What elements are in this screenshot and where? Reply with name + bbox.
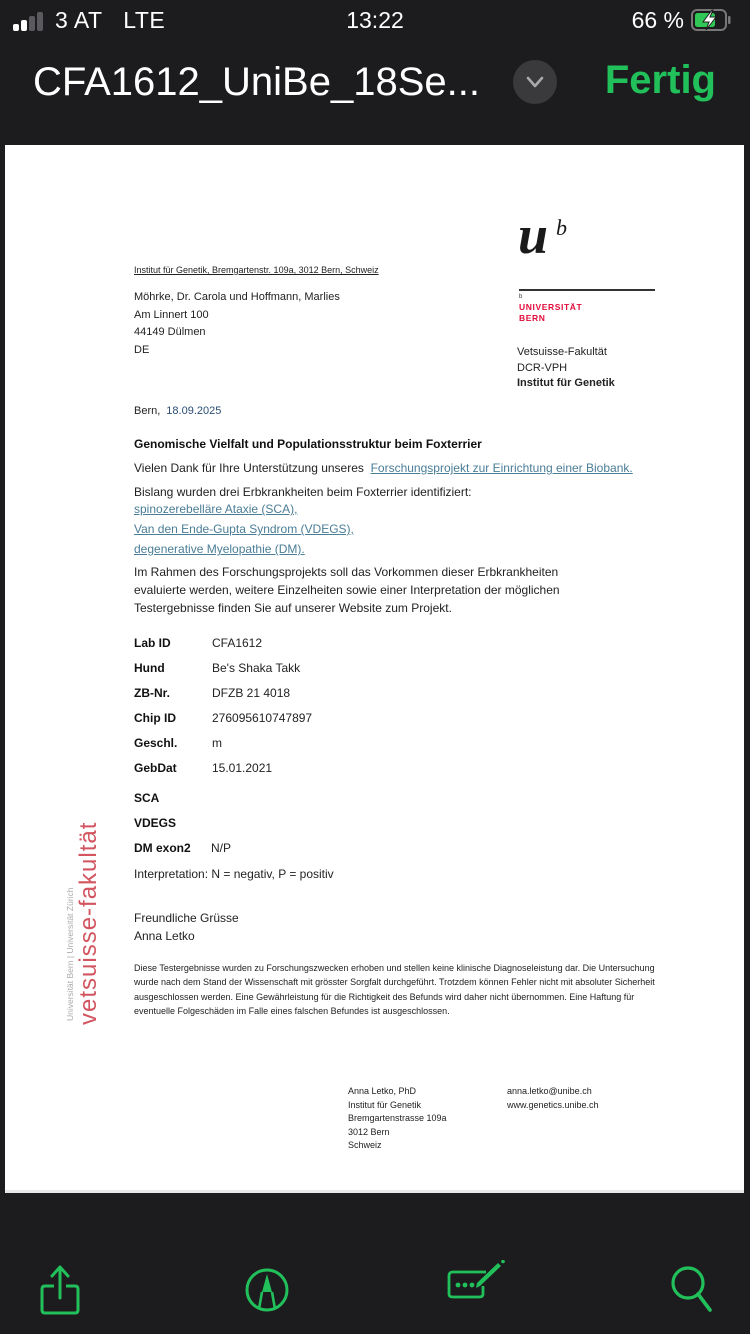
date-line: Bern,18.09.2025 <box>134 405 221 417</box>
signature-block: Anna Letko, PhD Institut für Genetik Bre… <box>348 1085 447 1153</box>
markup-icon[interactable] <box>236 1260 296 1320</box>
contact-email[interactable]: anna.letko@unibe.ch <box>507 1085 599 1099</box>
university-name: UNIVERSITÄT BERN <box>519 302 582 323</box>
zb-nr-value: DFZB 21 4018 <box>212 686 290 700</box>
recipient-city: 44149 Dülmen <box>134 324 340 342</box>
project-line: evaluierte werden, weitere Einzelheiten … <box>134 581 560 599</box>
done-button[interactable]: Fertig <box>605 58 716 103</box>
sex-label: Geschl. <box>134 736 177 750</box>
recipient-street: Am Linnert 100 <box>134 307 340 325</box>
vdegs-link[interactable]: Van den Ende-Gupta Syndrom (VDEGS), <box>134 522 354 536</box>
project-paragraph: Im Rahmen des Forschungsprojekts soll da… <box>134 563 560 617</box>
thanks-text: Vielen Dank für Ihre Unterstützung unser… <box>134 461 364 475</box>
closing-name: Anna Letko <box>134 929 195 943</box>
side-faculty: vetsuisse-fakultät <box>75 822 103 1025</box>
thanks-paragraph: Vielen Dank für Ihre Unterstützung unser… <box>134 461 633 475</box>
carrier-label: 3 AT LTE <box>55 7 165 34</box>
project-line: Im Rahmen des Forschungsprojekts soll da… <box>134 563 560 581</box>
dm-result-value: N/P <box>211 841 231 855</box>
network-type: LTE <box>123 7 165 33</box>
vetsuisse-side-branding: Universität Bern | Universität Zürich ve… <box>65 822 103 1025</box>
status-bar: 3 AT LTE 13:22 66 % <box>0 0 750 42</box>
chevron-down-icon <box>525 75 545 89</box>
vdegs-result-label: VDEGS <box>134 816 176 830</box>
side-universities: Universität Bern | Universität Zürich <box>65 822 75 1021</box>
diseases-intro: Bislang wurden drei Erbkrankheiten beim … <box>134 485 471 499</box>
dog-name-value: Be's Shaka Takk <box>212 661 300 675</box>
date-place: Bern, <box>134 405 160 417</box>
lab-id-label: Lab ID <box>134 636 171 650</box>
search-icon[interactable] <box>663 1260 723 1320</box>
dm-result-label: DM exon2 <box>134 841 191 855</box>
logo-divider <box>519 289 655 291</box>
dm-link[interactable]: degenerative Myelopathie (DM). <box>134 542 305 556</box>
document-nav-bar: CFA1612_UniBe_18Se... Fertig <box>0 42 750 132</box>
faculty-block: Vetsuisse-Fakultät DCR-VPH Institut für … <box>517 345 615 392</box>
biobank-project-link[interactable]: Forschungsprojekt zur Einrichtung einer … <box>371 461 633 475</box>
signature-icon[interactable] <box>446 1260 516 1320</box>
interpretation-note: Interpretation: N = negativ, P = positiv <box>134 867 334 881</box>
document-options-button[interactable] <box>513 60 557 104</box>
zb-nr-label: ZB-Nr. <box>134 686 170 700</box>
birthdate-value: 15.01.2021 <box>212 761 272 775</box>
university-name-line1: UNIVERSITÄT <box>519 302 582 313</box>
chip-id-value: 276095610747897 <box>212 711 312 725</box>
contact-block: anna.letko@unibe.ch www.genetics.unibe.c… <box>507 1085 599 1112</box>
birthdate-label: GebDat <box>134 761 177 775</box>
recipient-country: DE <box>134 342 340 360</box>
signature-line: Schweiz <box>348 1139 447 1153</box>
signature-line: Institut für Genetik <box>348 1099 447 1113</box>
university-logo-mark: u <box>518 205 548 265</box>
signature-line: 3012 Bern <box>348 1126 447 1140</box>
sex-value: m <box>212 736 222 750</box>
share-icon[interactable] <box>32 1260 92 1320</box>
university-name-line2: BERN <box>519 313 582 324</box>
institute-name: Institut für Genetik <box>517 377 615 389</box>
document-title[interactable]: CFA1612_UniBe_18Se... <box>33 60 480 105</box>
document-page[interactable]: Institut für Genetik, Bremgartenstr. 109… <box>5 145 744 1193</box>
project-line: Testergebnisse finden Sie auf unserer We… <box>134 599 560 617</box>
university-logo-superscript: b <box>556 215 567 241</box>
return-address: Institut für Genetik, Bremgartenstr. 109… <box>134 265 379 275</box>
cellular-signal-icon <box>13 11 47 31</box>
faculty-name: Vetsuisse-Fakultät <box>517 345 615 361</box>
signature-line: Bremgartenstrasse 109a <box>348 1112 447 1126</box>
letter-subject: Genomische Vielfalt und Populationsstruk… <box>134 437 482 451</box>
recipient-address: Möhrke, Dr. Carola und Hoffmann, Marlies… <box>134 289 340 359</box>
department-name: DCR-VPH <box>517 361 615 377</box>
closing-greeting: Freundliche Grüsse <box>134 911 239 925</box>
battery-percent: 66 % <box>632 7 684 34</box>
sca-link[interactable]: spinozerebelläre Ataxie (SCA), <box>134 502 297 516</box>
chip-id-label: Chip ID <box>134 711 176 725</box>
disclaimer: Diese Testergebnisse wurden zu Forschung… <box>134 961 664 1018</box>
lab-id-value: CFA1612 <box>212 636 262 650</box>
battery-charging-icon <box>691 9 731 31</box>
letter-date: 18.09.2025 <box>166 405 221 417</box>
sca-result-label: SCA <box>134 791 159 805</box>
contact-website[interactable]: www.genetics.unibe.ch <box>507 1099 599 1113</box>
signature-line: Anna Letko, PhD <box>348 1085 447 1099</box>
logo-small-b: b <box>519 294 522 300</box>
dog-name-label: Hund <box>134 661 165 675</box>
recipient-name: Möhrke, Dr. Carola und Hoffmann, Marlies <box>134 289 340 307</box>
bottom-toolbar <box>0 1240 750 1334</box>
